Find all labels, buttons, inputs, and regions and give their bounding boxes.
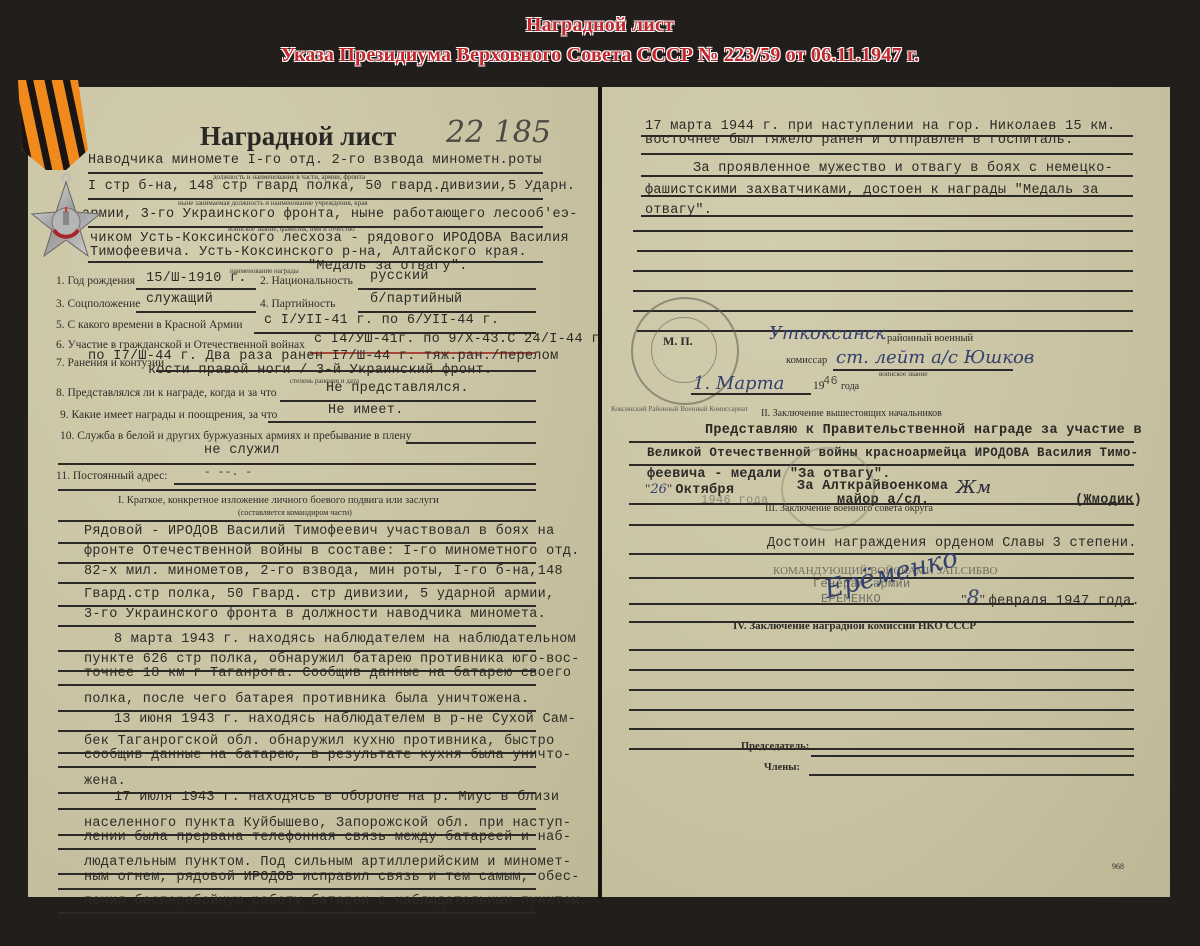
field-army-since-label: 5. С какого времени в Красной Армии	[56, 319, 243, 331]
narrative-line: полка, после чего батарея противника был…	[84, 692, 529, 707]
field-nationality-value: русский	[370, 269, 429, 284]
handwritten-archive-number: 22 185	[446, 115, 551, 150]
chairman-label: Председатель:	[741, 741, 809, 752]
award-sheet-left-page: Наградной лист 22 185 Наводчика миномете…	[28, 87, 600, 897]
narrative-line: 13 июня 1943 г. находясь наблюдателем в …	[114, 712, 576, 727]
section2-line-2: Великой Отечественной войны красноармейц…	[647, 446, 1138, 460]
seal-text: Коксинский Районный Военный Комиссариат	[611, 405, 761, 413]
position-line-5: Тимофеевича. Усть-Коксинского р-на, Алта…	[90, 245, 527, 260]
field-party-value: б/партийный	[370, 292, 462, 307]
position-line-1: Наводчика миномете I-го отд. 2-го взвода…	[88, 153, 542, 168]
field-prev-award-label: 8. Представлялся ли к награде, когда и з…	[56, 387, 277, 399]
field-nationality-label: 2. Национальность	[260, 275, 353, 287]
section2-signature: Жм	[956, 477, 991, 498]
narrative-line: людательным пунктом. Под сильным артилле…	[84, 855, 571, 870]
field-awards-value: Не имеет.	[328, 403, 404, 418]
narrative-line: пункте 626 стр полка, обнаружил батарею …	[84, 652, 580, 667]
narrative-continued-line: За проявленное мужество и отвагу в боях …	[693, 161, 1113, 176]
district-signature: Уткоксинск	[769, 323, 886, 344]
field-wounds-value: по I7/Ш-44 г. Два раза ранен I7/Ш-44 г. …	[88, 349, 558, 364]
commissar-date-suffix: года	[841, 381, 859, 392]
narrative-line: лении была прервана телефонная связь меж…	[84, 830, 571, 845]
rank-hint: воинское звание	[879, 370, 928, 378]
field-party-label: 4. Партийность	[260, 298, 335, 310]
narrative-line: ным огнем, рядовой ИРОДОВ исправил связь…	[84, 870, 580, 885]
narrative-continued-line: 17 марта 1944 г. при наступлении на гор.…	[645, 119, 1115, 134]
members-label: Члены:	[764, 762, 800, 773]
section2-line-1: Представляю к Правительственной награде …	[705, 423, 1142, 438]
field-social-label: 3. Соцположение	[56, 298, 140, 310]
section2-year: 1946 года	[701, 493, 769, 507]
field-war-participation-value: с I4/УШ-41г. по 9/Х-43.С 24/I-44 г.	[314, 332, 608, 347]
page-fold	[598, 87, 602, 899]
section3-date: "8" февраля 1947 года.	[961, 585, 1140, 609]
field-address-value: - --. -	[204, 467, 252, 479]
section4-title: IV. Заключение наградной комиссии НКО СС…	[733, 620, 976, 632]
position-line-3: армии, 3-го Украинского фронта, ныне раб…	[82, 207, 578, 222]
mp-label: М. П.	[663, 334, 693, 349]
award-sheet-right-page: 17 марта 1944 г. при наступлении на гор.…	[601, 87, 1170, 897]
header-title: Наградной лист	[0, 14, 1200, 37]
narrative-line: 3-го Украинского фронта в должности наво…	[84, 607, 546, 622]
field-prev-award-value: Не представлялся.	[326, 381, 469, 396]
section2-signer-name: (Жмодик)	[1075, 493, 1142, 508]
field-awards-label: 9. Какие имеет награды и поощрения, за ч…	[60, 409, 277, 421]
field-white-army-value: не служил	[204, 443, 280, 458]
commissar-rank-signature: ст. лейт а/с Юшков	[836, 347, 1034, 368]
position-line-4: чиком Усть-Коксинского лесхоза - рядовог…	[90, 231, 569, 246]
field-birth-year-value: 15/Ш-1910 г.	[146, 271, 247, 286]
narrative-line: бек Таганрогской обл. обнаружил кухню пр…	[84, 734, 554, 749]
field-white-army-label: 10. Служба в белой и других буржуазных а…	[60, 430, 411, 442]
narrative-line: печил бесперебойную работу батареи с наб…	[84, 894, 588, 909]
narrative-line: фронте Отечественной войны в составе: I-…	[84, 544, 580, 559]
hint-current-position: ныне занимаемая должность и наименование…	[178, 199, 367, 207]
district-stamp	[781, 447, 875, 531]
field-social-value: служащий	[146, 292, 213, 307]
position-line-2: I стр б-на, 148 стр гвард полка, 50 гвар…	[88, 179, 575, 194]
narrative-line: населенного пункта Куйбышево, Запорожско…	[84, 816, 571, 831]
header-subtitle: Указа Президиума Верховного Совета СССР …	[0, 44, 1200, 67]
section1-title: I. Краткое, конкретное изложение личного…	[118, 495, 439, 506]
field-birth-year-label: 1. Год рождения	[56, 275, 135, 287]
order-of-glory-medal-icon	[8, 80, 100, 270]
narrative-line: Рядовой - ИРОДОВ Василий Тимофеевич учас…	[84, 524, 554, 539]
commissar-label: комиссар	[786, 355, 827, 366]
narrative-line: 17 июля 1943 г. находясь в обороне на р.…	[114, 790, 559, 805]
section1-subtitle: (составляется командиром части)	[238, 508, 352, 517]
commissar-date-year: 46	[823, 374, 838, 388]
narrative-line: 82-х мил. минометов, 2-го взвода, мин ро…	[84, 564, 563, 579]
narrative-line: Гвард.стр полка, 50 Гвард. стр дивизии, …	[84, 587, 554, 602]
district-commissar-label: районный военный	[887, 333, 973, 344]
field-army-since-value: с I/УII-41 г. по 6/УII-44 г.	[264, 313, 499, 328]
page-number: 968	[1112, 862, 1124, 871]
form-title: Наградной лист	[200, 121, 396, 152]
section2-title: II. Заключение вышестоящих начальников	[761, 408, 942, 419]
commissar-date-handwritten: 1. Марта	[693, 373, 784, 394]
narrative-line: сообщив данные на батарею, в результате …	[84, 748, 571, 763]
narrative-line: 8 марта 1943 г. находясь наблюдателем на…	[114, 632, 576, 647]
field-address-label: 11. Постоянный адрес:	[56, 470, 167, 482]
narrative-line: жена.	[84, 774, 126, 789]
narrative-line: точнее 18 км г Таганрога. Сообщив данные…	[84, 666, 571, 681]
